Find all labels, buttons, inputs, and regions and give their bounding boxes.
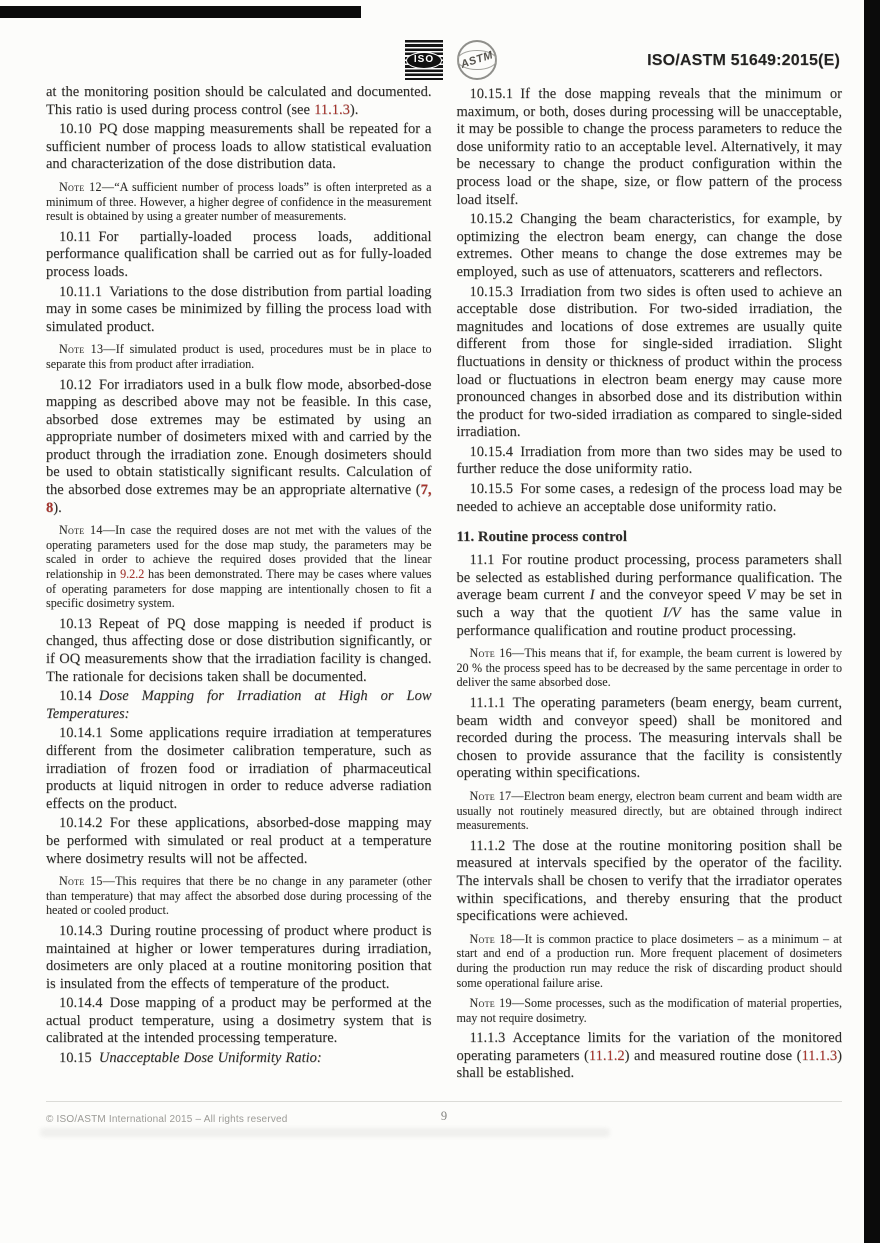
- standards-logos: ISO ASTM: [405, 40, 497, 80]
- text-segment: I/V: [663, 605, 681, 621]
- text-segment: 11.1.2 The dose at the routine monitorin…: [457, 838, 843, 924]
- note-paragraph: Note 16—This means that if, for example,…: [457, 646, 843, 690]
- text-segment: 10.15.3 Irradiation from two sides is of…: [457, 284, 843, 441]
- text-segment: ) and measured routine dose (: [625, 1048, 802, 1064]
- text-segment: 10.14.3 During routine processing of pro…: [46, 923, 432, 992]
- right-column: 10.15.1 If the dose mapping reveals that…: [457, 84, 843, 1083]
- scan-artifact-smudge: [40, 1128, 610, 1137]
- body-paragraph: 10.10 PQ dose mapping measurements shall…: [46, 121, 432, 174]
- text-segment: 10.15.5 For some cases, a redesign of th…: [457, 481, 843, 515]
- note-paragraph: Note 18—It is common practice to place d…: [457, 932, 843, 990]
- page-footer: © ISO/ASTM International 2015 – All righ…: [46, 1101, 842, 1127]
- body-paragraph: 11.1.2 The dose at the routine monitorin…: [457, 838, 843, 926]
- text-segment: 10.14: [59, 688, 99, 704]
- note-label: Note 15—: [59, 874, 115, 888]
- document-page: ISO ASTM ISO/ASTM 51649:2015(E) at the m…: [0, 0, 880, 1243]
- body-paragraph: 10.11 For partially-loaded process loads…: [46, 229, 432, 282]
- text-segment: 11. Routine process control: [457, 529, 627, 545]
- note-paragraph: Note 13—If simulated product is used, pr…: [46, 342, 432, 371]
- note-paragraph: Note 12—“A sufficient number of process …: [46, 180, 432, 224]
- note-label: Note 16—: [470, 646, 525, 660]
- cross-reference-link[interactable]: 11.1.3: [314, 102, 350, 118]
- body-paragraph: 10.15.5 For some cases, a redesign of th…: [457, 481, 843, 516]
- text-segment: 10.14.1 Some applications require irradi…: [46, 725, 432, 811]
- body-paragraph: 11.1 For routine product processing, pro…: [457, 552, 843, 640]
- document-identifier: ISO/ASTM 51649:2015(E): [647, 52, 840, 70]
- note-label: Note 14—: [59, 523, 115, 537]
- text-segment: and the conveyor speed: [595, 587, 747, 603]
- page-number: 9: [441, 1109, 447, 1124]
- body-paragraph: 10.14.3 During routine processing of pro…: [46, 923, 432, 993]
- cross-reference-link[interactable]: 11.1.2: [589, 1048, 625, 1064]
- text-segment: 10.11.1 Variations to the dose distribut…: [46, 284, 432, 335]
- body-paragraph: at the monitoring position should be cal…: [46, 84, 432, 119]
- body-paragraph: 10.15.4 Irradiation from more than two s…: [457, 444, 843, 479]
- note-label: Note 19—: [470, 996, 525, 1010]
- body-paragraph: 10.14.1 Some applications require irradi…: [46, 725, 432, 813]
- iso-logo: ISO: [405, 40, 443, 80]
- body-paragraph: 11.1.3 Acceptance limits for the variati…: [457, 1030, 843, 1083]
- note-paragraph: Note 19—Some processes, such as the modi…: [457, 996, 843, 1025]
- note-paragraph: Note 14—In case the required doses are n…: [46, 523, 432, 611]
- body-paragraph: 10.15.3 Irradiation from two sides is of…: [457, 284, 843, 442]
- body-paragraph: 10.14 Dose Mapping for Irradiation at Hi…: [46, 688, 432, 723]
- document-body: at the monitoring position should be cal…: [46, 84, 842, 1083]
- iso-logo-text: ISO: [406, 52, 442, 69]
- text-segment: 10.15.1 If the dose mapping reveals that…: [457, 86, 843, 208]
- body-paragraph: 10.14.4 Dose mapping of a product may be…: [46, 995, 432, 1048]
- text-segment: 10.14.4 Dose mapping of a product may be…: [46, 995, 432, 1046]
- scan-artifact-right-bar: [864, 0, 880, 1243]
- text-segment: 10.14.2 For these applications, absorbed…: [46, 815, 432, 866]
- text-segment: ).: [53, 500, 61, 516]
- text-segment: 10.13 Repeat of PQ dose mapping is neede…: [46, 616, 432, 685]
- text-segment: V: [746, 587, 755, 603]
- note-label: Note 18—: [470, 932, 525, 946]
- note-label: Note 13—: [59, 342, 116, 356]
- body-paragraph: 10.11.1 Variations to the dose distribut…: [46, 284, 432, 337]
- cross-reference-link[interactable]: 11.1.3: [801, 1048, 837, 1064]
- text-segment: ).: [350, 102, 358, 118]
- left-column: at the monitoring position should be cal…: [46, 84, 432, 1083]
- section-heading: 11. Routine process control: [457, 528, 843, 546]
- body-paragraph: 10.12 For irradiators used in a bulk flo…: [46, 377, 432, 518]
- text-segment: at the monitoring position should be cal…: [46, 84, 432, 118]
- text-segment: 11.1.1 The operating parameters (beam en…: [457, 695, 843, 781]
- body-paragraph: 10.13 Repeat of PQ dose mapping is neede…: [46, 616, 432, 686]
- text-segment: 10.11 For partially-loaded process loads…: [46, 229, 432, 280]
- text-segment: 10.15.2 Changing the beam characteristic…: [457, 211, 843, 280]
- copyright-notice: © ISO/ASTM International 2015 – All righ…: [46, 1114, 288, 1125]
- astm-logo: ASTM: [457, 40, 497, 80]
- body-paragraph: 10.15.1 If the dose mapping reveals that…: [457, 86, 843, 209]
- text-segment: Dose Mapping for Irradiation at High or …: [46, 688, 432, 722]
- body-paragraph: 10.15.2 Changing the beam characteristic…: [457, 211, 843, 281]
- note-paragraph: Note 15—This requires that there be no c…: [46, 874, 432, 918]
- body-paragraph: 11.1.1 The operating parameters (beam en…: [457, 695, 843, 783]
- body-paragraph: 10.14.2 For these applications, absorbed…: [46, 815, 432, 868]
- text-segment: 10.10 PQ dose mapping measurements shall…: [46, 121, 432, 172]
- text-segment: Unacceptable Dose Uniformity Ratio:: [99, 1050, 322, 1066]
- body-paragraph: 10.15 Unacceptable Dose Uniformity Ratio…: [46, 1050, 432, 1068]
- astm-logo-text: ASTM: [454, 37, 499, 82]
- text-segment: 10.15: [59, 1050, 99, 1066]
- scan-artifact-top-bar: [0, 6, 361, 18]
- cross-reference-link[interactable]: 9.2.2: [120, 567, 144, 581]
- text-segment: 10.12 For irradiators used in a bulk flo…: [46, 377, 432, 499]
- note-paragraph: Note 17—Electron beam energy, electron b…: [457, 789, 843, 833]
- note-label: Note 12—: [59, 180, 114, 194]
- note-label: Note 17—: [470, 789, 524, 803]
- text-segment: 10.15.4 Irradiation from more than two s…: [457, 444, 843, 478]
